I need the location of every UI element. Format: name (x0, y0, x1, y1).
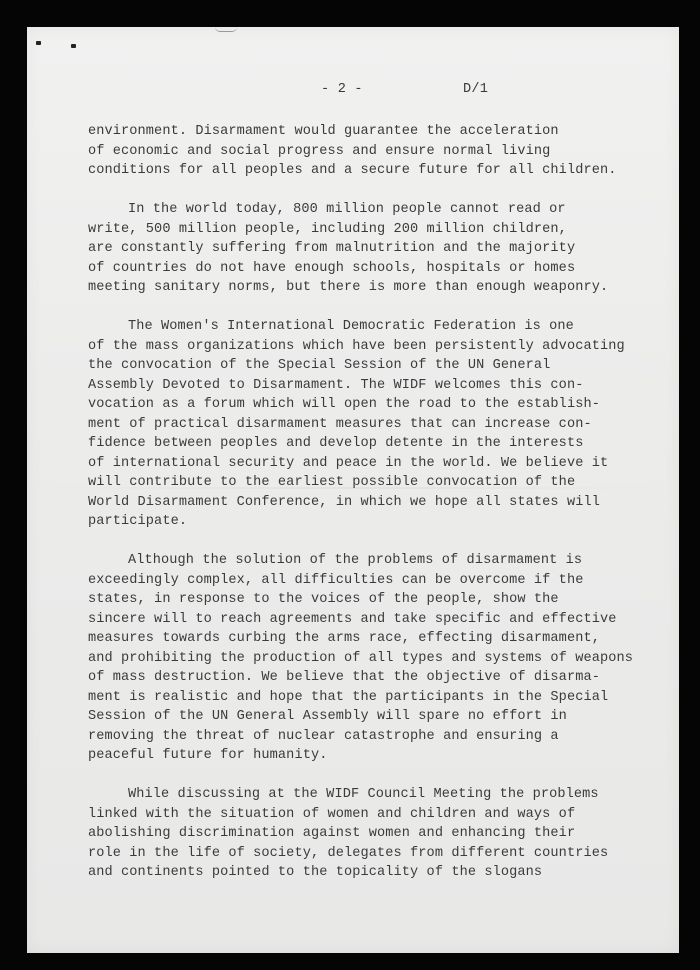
text-line: are constantly suffering from malnutriti… (88, 239, 648, 259)
text-line: measures towards curbing the arms race, … (88, 629, 648, 649)
text-line: role in the life of society, delegates f… (88, 844, 648, 864)
text-line: of economic and social progress and ensu… (88, 142, 648, 162)
text-line: of international security and peace in t… (88, 454, 648, 474)
text-line: removing the threat of nuclear catastrop… (88, 727, 648, 747)
text-line: In the world today, 800 million people c… (88, 200, 648, 220)
text-line: Assembly Devoted to Disarmament. The WID… (88, 376, 648, 396)
text-line: Although the solution of the problems of… (88, 551, 648, 571)
text-line: linked with the situation of women and c… (88, 805, 648, 825)
punch-mark (36, 41, 41, 45)
text-line: World Disarmament Conference, in which w… (88, 493, 648, 513)
text-line: the convocation of the Special Session o… (88, 356, 648, 376)
text-line: will contribute to the earliest possible… (88, 473, 648, 493)
paragraph: environment. Disarmament would guarantee… (88, 122, 648, 181)
text-line: and prohibiting the production of all ty… (88, 649, 648, 669)
text-line: write, 500 million people, including 200… (88, 220, 648, 240)
paragraph: While discussing at the WIDF Council Mee… (88, 785, 648, 883)
text-line: states, in response to the voices of the… (88, 590, 648, 610)
text-line: ment is realistic and hope that the part… (88, 688, 648, 708)
page-number: - 2 - (321, 82, 363, 97)
text-line: abolishing discrimination against women … (88, 824, 648, 844)
paragraph: The Women's International Democratic Fed… (88, 317, 648, 532)
punch-mark (71, 44, 76, 48)
text-line: fidence between peoples and develop dete… (88, 434, 648, 454)
text-line: sincere will to reach agreements and tak… (88, 610, 648, 630)
document-reference: D/1 (463, 82, 488, 97)
text-line: Session of the UN General Assembly will … (88, 707, 648, 727)
text-line: of the mass organizations which have bee… (88, 337, 648, 357)
text-line: meeting sanitary norms, but there is mor… (88, 278, 648, 298)
text-line: environment. Disarmament would guarantee… (88, 122, 648, 142)
text-line: ment of practical disarmament measures t… (88, 415, 648, 435)
text-line: While discussing at the WIDF Council Mee… (88, 785, 648, 805)
text-line: peaceful future for humanity. (88, 746, 648, 766)
text-line: participate. (88, 512, 648, 532)
text-line: conditions for all peoples and a secure … (88, 161, 648, 181)
text-line: and continents pointed to the topicality… (88, 863, 648, 883)
staple-mark (215, 27, 237, 32)
document-body: environment. Disarmament would guarantee… (88, 122, 648, 902)
text-line: of countries do not have enough schools,… (88, 259, 648, 279)
paragraph: In the world today, 800 million people c… (88, 200, 648, 298)
text-line: vocation as a forum which will open the … (88, 395, 648, 415)
paragraph: Although the solution of the problems of… (88, 551, 648, 766)
text-line: exceedingly complex, all difficulties ca… (88, 571, 648, 591)
text-line: The Women's International Democratic Fed… (88, 317, 648, 337)
text-line: of mass destruction. We believe that the… (88, 668, 648, 688)
